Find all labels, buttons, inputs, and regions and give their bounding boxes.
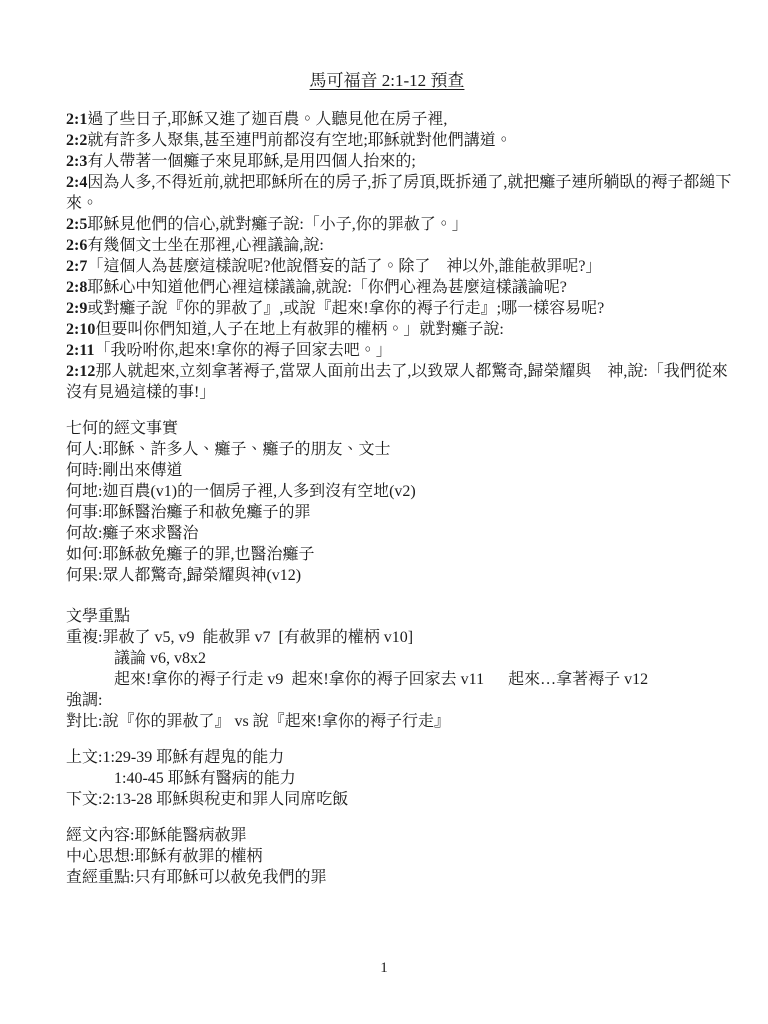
verse-text: 「我吩咐你,起來!拿你的褥子回家去吧。」: [94, 342, 391, 359]
page-title-text: 馬可福音 2:1-12 預查: [310, 71, 465, 90]
verse-line-2-4: 2:4因為人多,不得近前,就把耶穌所在的房子,拆了房頂,既拆通了,就把癱子連所躺…: [66, 172, 732, 214]
spacer: [66, 586, 732, 606]
verse-line-2-11: 2:11「我吩咐你,起來!拿你的褥子回家去吧。」: [66, 340, 732, 361]
verse-number: 2:11: [66, 342, 94, 359]
page-title: 馬可福音 2:1-12 預查: [66, 71, 708, 91]
verse-number: 2:9: [66, 300, 87, 317]
verse-text: 有人帶著一個癱子來見耶穌,是用四個人抬來的;: [87, 153, 415, 170]
verse-text: 但要叫你們知道,人子在地上有赦罪的權柄。」就對癱子說:: [95, 321, 503, 338]
page-number: 1: [0, 959, 768, 977]
verse-line-2-6: 2:6有幾個文士坐在那裡,心裡議論,說:: [66, 235, 732, 256]
verse-text: 耶穌心中知道他們心裡這樣議論,就說:「你們心裡為甚麼這樣議論呢?: [87, 279, 567, 296]
literary-repetition-line: 重複:罪赦了 v5, v9 能赦罪 v7 [有赦罪的權柄 v10]: [66, 627, 732, 648]
verse-number: 2:5: [66, 216, 87, 233]
verse-number: 2:4: [66, 174, 87, 191]
verse-text: 或對癱子說『你的罪赦了』,或說『起來!拿你的褥子行走』;哪一樣容易呢?: [87, 300, 604, 317]
verse-line-2-9: 2:9或對癱子說『你的罪赦了』,或說『起來!拿你的褥子行走』;哪一樣容易呢?: [66, 298, 732, 319]
summary-main-idea-line: 中心思想:耶穌有赦罪的權柄: [66, 846, 732, 867]
verse-line-2-8: 2:8耶穌心中知道他們心裡這樣議論,就說:「你們心裡為甚麼這樣議論呢?: [66, 277, 732, 298]
seven-questions-who: 何人:耶穌、許多人、癱子、癱子的朋友、文士: [66, 439, 732, 460]
verse-number: 2:1: [66, 111, 87, 128]
document-page: 馬可福音 2:1-12 預查 2:1過了些日子,耶穌又進了迦百農。人聽見他在房子…: [0, 0, 768, 1024]
literary-repetition-line-2: 議論 v6, v8x2: [66, 648, 732, 669]
verse-line-2-1: 2:1過了些日子,耶穌又進了迦百農。人聽見他在房子裡,: [66, 109, 732, 130]
seven-questions-heading: 七何的經文事實: [66, 418, 732, 439]
verse-text: 因為人多,不得近前,就把耶穌所在的房子,拆了房頂,既拆通了,就把癱子連所躺臥的褥…: [66, 174, 731, 212]
verse-text: 過了些日子,耶穌又進了迦百農。人聽見他在房子裡,: [87, 111, 447, 128]
seven-questions-how: 如何:耶穌赦免癱子的罪,也醫治癱子: [66, 544, 732, 565]
seven-questions-what: 何事:耶穌醫治癱子和赦免癱子的罪: [66, 502, 732, 523]
spacer: [66, 403, 732, 418]
seven-questions-where: 何地:迦百農(v1)的一個房子裡,人多到沒有空地(v2): [66, 481, 732, 502]
summary-content-line: 經文內容:耶穌能醫病赦罪: [66, 825, 732, 846]
verse-text: 就有許多人聚集,甚至連門前都沒有空地;耶穌就對他們講道。: [87, 132, 511, 149]
verse-line-2-10: 2:10但要叫你們知道,人子在地上有赦罪的權柄。」就對癱子說:: [66, 319, 732, 340]
summary-study-focus-line: 查經重點:只有耶穌可以赦免我們的罪: [66, 867, 732, 888]
verse-text: 「這個人為甚麼這樣說呢?他說僭妄的話了。除了 神以外,誰能赦罪呢?」: [87, 258, 601, 275]
verse-text: 有幾個文士坐在那裡,心裡議論,說:: [87, 237, 323, 254]
verse-line-2-2: 2:2就有許多人聚集,甚至連門前都沒有空地;耶穌就對他們講道。: [66, 130, 732, 151]
seven-questions-when: 何時:剛出來傳道: [66, 460, 732, 481]
verse-number: 2:10: [66, 321, 95, 338]
verse-line-2-3: 2:3有人帶著一個癱子來見耶穌,是用四個人抬來的;: [66, 151, 732, 172]
context-after-line: 下文:2:13-28 耶穌與稅吏和罪人同席吃飯: [66, 789, 732, 810]
seven-questions-why: 何故:癱子來求醫治: [66, 523, 732, 544]
verse-number: 2:6: [66, 237, 87, 254]
seven-questions-result: 何果:眾人都驚奇,歸榮耀與神(v12): [66, 565, 732, 586]
verse-number: 2:7: [66, 258, 87, 275]
verse-line-2-7: 2:7「這個人為甚麼這樣說呢?他說僭妄的話了。除了 神以外,誰能赦罪呢?」: [66, 256, 732, 277]
verse-number: 2:12: [66, 363, 95, 380]
literary-repetition-line-3: 起來!拿你的褥子行走 v9 起來!拿你的褥子回家去 v11 起來…拿著褥子 v1…: [66, 669, 732, 690]
literary-contrast-line: 對比:說『你的罪赦了』 vs 說『起來!拿你的褥子行走』: [66, 711, 732, 732]
spacer: [66, 732, 732, 747]
verse-number: 2:8: [66, 279, 87, 296]
verse-number: 2:2: [66, 132, 87, 149]
verse-text: 耶穌見他們的信心,就對癱子說:「小子,你的罪赦了。」: [87, 216, 467, 233]
verse-text: 那人就起來,立刻拿著褥子,當眾人面前出去了,以致眾人都驚奇,歸榮耀與 神,說:「…: [66, 363, 728, 401]
verse-line-2-5: 2:5耶穌見他們的信心,就對癱子說:「小子,你的罪赦了。」: [66, 214, 732, 235]
context-before-line: 上文:1:29-39 耶穌有趕鬼的能力: [66, 747, 732, 768]
verse-line-2-12: 2:12那人就起來,立刻拿著褥子,當眾人面前出去了,以致眾人都驚奇,歸榮耀與 神…: [66, 361, 732, 403]
literary-emphasis-line: 強調:: [66, 690, 732, 711]
spacer: [66, 810, 732, 825]
verse-number: 2:3: [66, 153, 87, 170]
literary-points-heading: 文學重點: [66, 606, 732, 627]
context-before-line-2: 1:40-45 耶穌有醫病的能力: [66, 768, 732, 789]
